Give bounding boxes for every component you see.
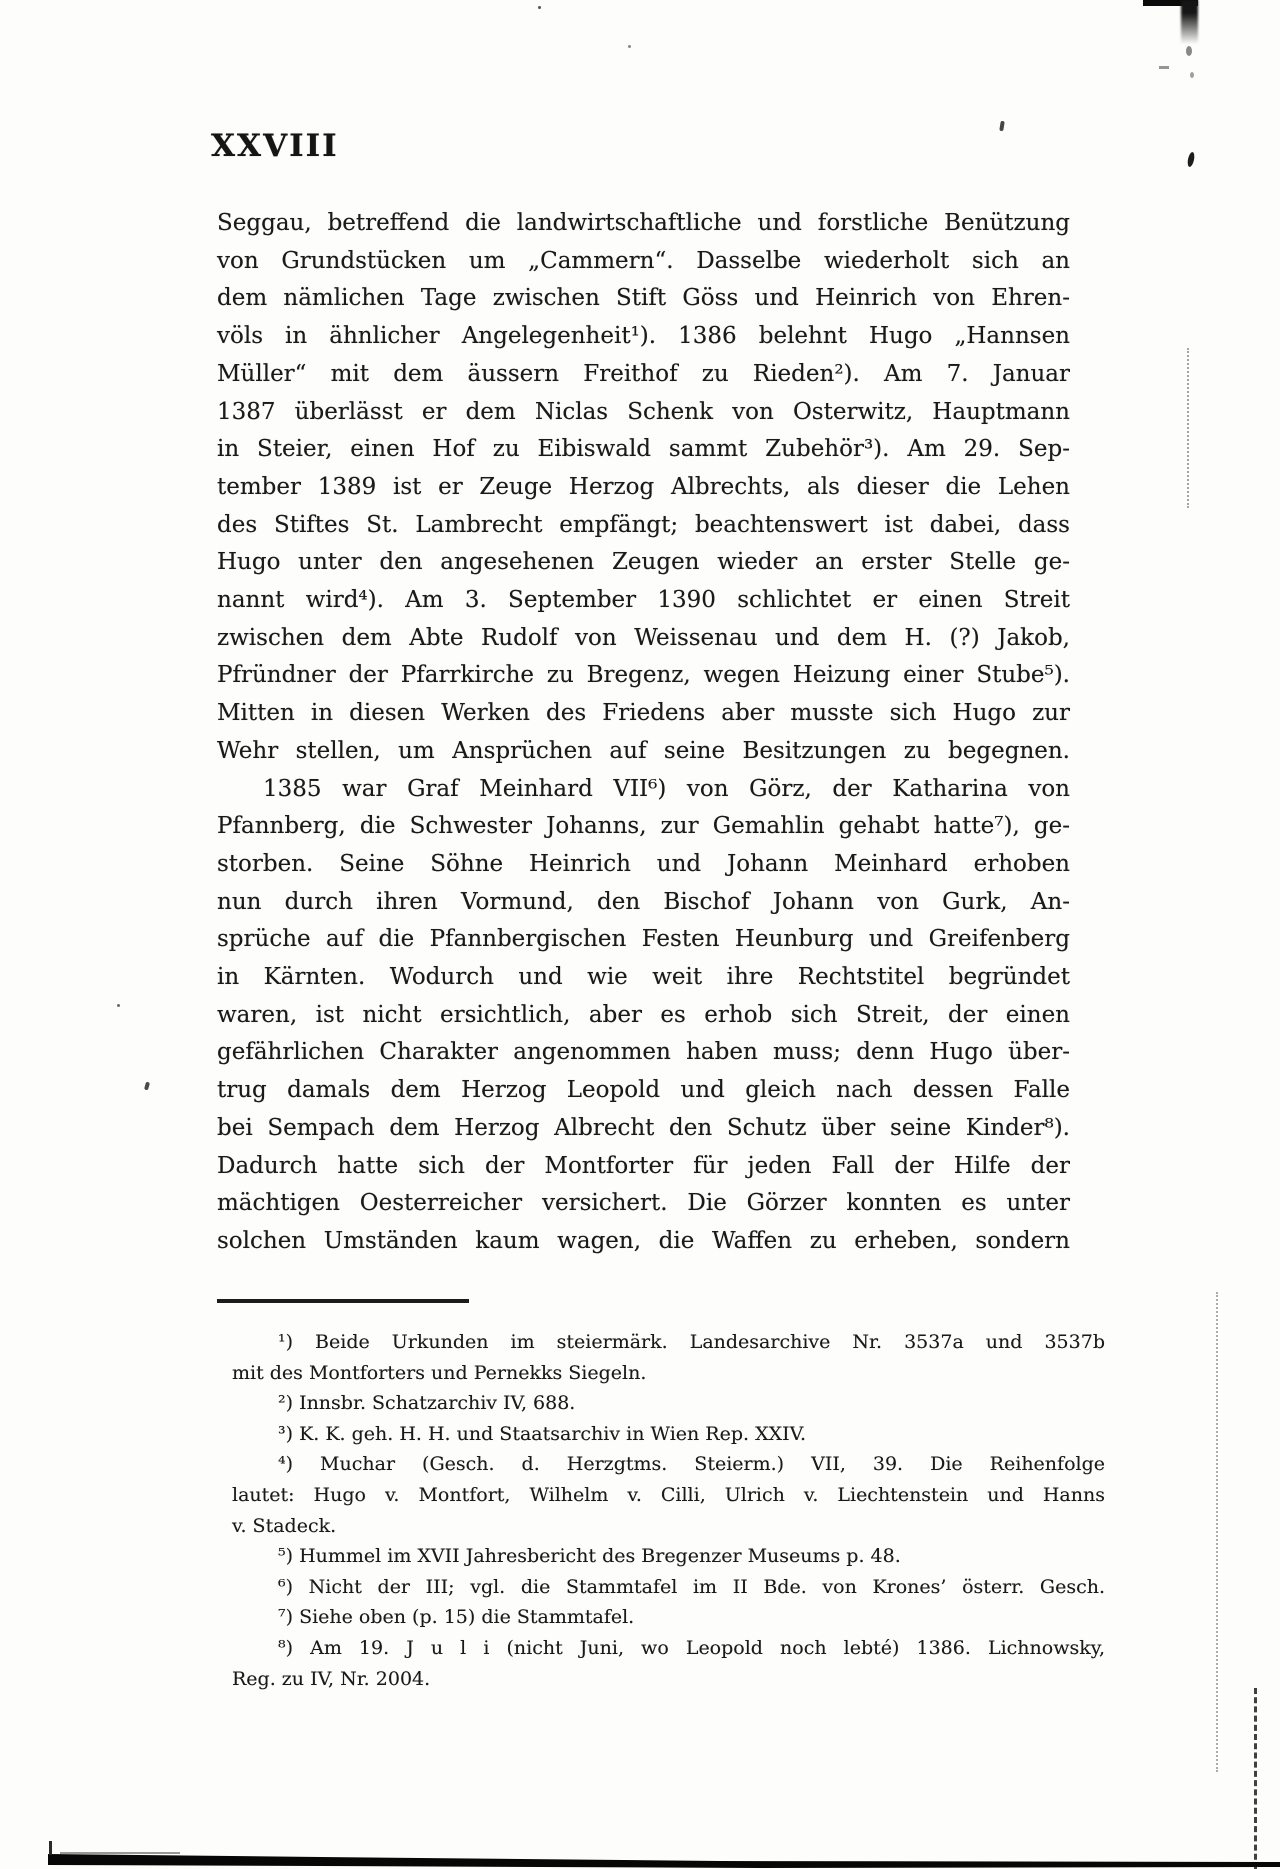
- text-line: nun durch ihren Vormund, den Bischof Joh…: [217, 884, 1070, 922]
- scan-artifact-speck: [538, 6, 541, 9]
- text-line: mit des Montforters und Pernekks Siegeln…: [232, 1358, 1105, 1389]
- text-line: gefährlichen Charakter angenommen haben …: [217, 1034, 1070, 1072]
- scanned-book-page: XXVIII Seggau, betreffend die landwirtsc…: [0, 0, 1280, 1869]
- text-line: ¹) Beide Urkunden im steiermärk. Landesa…: [232, 1327, 1105, 1358]
- text-line: v. Stadeck.: [232, 1511, 1105, 1542]
- text-line: des Stiftes St. Lambrecht empfängt; beac…: [217, 507, 1070, 545]
- text-line: 1387 überlässt er dem Niclas Schenk von …: [217, 394, 1070, 432]
- text-line: in Kärnten. Wodurch und wie weit ihre Re…: [217, 959, 1070, 997]
- text-line: in Steier, einen Hof zu Eibiswald sammt …: [217, 431, 1070, 469]
- text-line: nannt wird⁴). Am 3. September 1390 schli…: [217, 582, 1070, 620]
- text-line: ⁸) Am 19. J u l i (nicht Juni, wo Leopol…: [232, 1633, 1105, 1664]
- text-line: Pfründner der Pfarrkirche zu Bregenz, we…: [217, 657, 1070, 695]
- text-line: waren, ist nicht ersichtlich, aber es er…: [217, 997, 1070, 1035]
- text-line: Müller“ mit dem äussern Freithof zu Ried…: [217, 356, 1070, 394]
- text-line: dem nämlichen Tage zwischen Stift Göss u…: [217, 280, 1070, 318]
- page-number-header: XXVIII: [211, 128, 339, 164]
- scan-artifact-speck: [999, 121, 1005, 132]
- scan-artifact-speck: [628, 45, 631, 48]
- text-line: zwischen dem Abte Rudolf von Weissenau u…: [217, 620, 1070, 658]
- scan-artifact-speck: [144, 1082, 150, 1091]
- scan-artifact-speck: [117, 1004, 120, 1007]
- scan-artifact-dotted-line: [1187, 348, 1189, 508]
- text-line: 1385 war Graf Meinhard VII⁶) von Görz, d…: [217, 771, 1070, 809]
- footnote-separator-rule: [217, 1299, 469, 1303]
- text-line: sprüche auf die Pfannbergischen Festen H…: [217, 921, 1070, 959]
- text-line: Dadurch hatte sich der Montforter für je…: [217, 1148, 1070, 1186]
- scan-artifact-bottom-edge: [0, 1838, 1280, 1869]
- text-line: trug damals dem Herzog Leopold und gleic…: [217, 1072, 1070, 1110]
- paragraph-2: 1385 war Graf Meinhard VII⁶) von Görz, d…: [217, 771, 1070, 1261]
- text-line: Seggau, betreffend die landwirtschaftlic…: [217, 205, 1070, 243]
- text-line: ⁷) Siehe oben (p. 15) die Stammtafel.: [232, 1602, 1105, 1633]
- text-line: Pfannberg, die Schwester Johanns, zur Ge…: [217, 808, 1070, 846]
- scan-artifact-speck: [1186, 46, 1192, 56]
- text-line: Reg. zu IV, Nr. 2004.: [232, 1664, 1105, 1695]
- scan-artifact-speck: [1159, 66, 1169, 69]
- text-line: ⁶) Nicht der III; vgl. die Stammtafel im…: [232, 1572, 1105, 1603]
- scan-artifact-corner-bar: [1143, 0, 1198, 6]
- text-line: solchen Umständen kaum wagen, die Waffen…: [217, 1223, 1070, 1261]
- scan-artifact-dotted-line: [1216, 1292, 1218, 1772]
- text-line: lautet: Hugo v. Montfort, Wilhelm v. Cil…: [232, 1480, 1105, 1511]
- text-line: ³) K. K. geh. H. H. und Staatsarchiv in …: [232, 1419, 1105, 1450]
- text-line: bei Sempach dem Herzog Albrecht den Schu…: [217, 1110, 1070, 1148]
- text-line: von Grundstücken um „Cammern“. Dasselbe …: [217, 243, 1070, 281]
- text-line: Wehr stellen, um Ansprüchen auf seine Be…: [217, 733, 1070, 771]
- body-text: Seggau, betreffend die landwirtschaftlic…: [217, 205, 1070, 1261]
- text-line: mächtigen Oesterreicher versichert. Die …: [217, 1185, 1070, 1223]
- text-line: Mitten in diesen Werken des Friedens abe…: [217, 695, 1070, 733]
- text-line: tember 1389 ist er Zeuge Herzog Albrecht…: [217, 469, 1070, 507]
- text-line: völs in ähnlicher Angelegenheit¹). 1386 …: [217, 318, 1070, 356]
- text-line: Hugo unter den angesehenen Zeugen wieder…: [217, 544, 1070, 582]
- text-line: ⁴) Muchar (Gesch. d. Herzgtms. Steierm.)…: [232, 1449, 1105, 1480]
- scan-artifact-dashed-line: [1254, 1688, 1257, 1869]
- scan-artifact-speck: [1187, 152, 1196, 168]
- scan-artifact-speck: [1190, 72, 1194, 78]
- text-line: ²) Innsbr. Schatzarchiv IV, 688.: [232, 1388, 1105, 1419]
- paragraph-1: Seggau, betreffend die landwirtschaftlic…: [217, 205, 1070, 771]
- text-line: storben. Seine Söhne Heinrich und Johann…: [217, 846, 1070, 884]
- footnotes-block: ¹) Beide Urkunden im steiermärk. Landesa…: [232, 1327, 1105, 1694]
- text-line: ⁵) Hummel im XVII Jahresbericht des Breg…: [232, 1541, 1105, 1572]
- scan-artifact-corner-smudge: [1181, 0, 1198, 44]
